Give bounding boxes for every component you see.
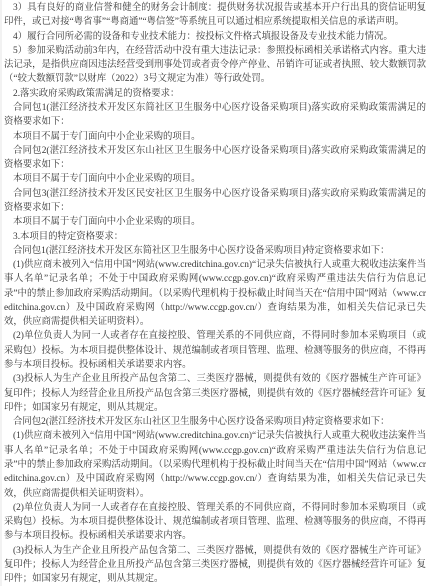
paragraph-package2-specific-1: (1)供应商未被列入“信用中国”网站(www.creditchina.gov.c… <box>4 429 426 500</box>
paragraph-package1-specific-1: (1)供应商未被列入“信用中国”网站(www.creditchina.gov.c… <box>4 258 426 329</box>
paragraph-package2-policy: 合同包2(湛江经济技术开发区东山社区卫生服务中心医疗设备采购项目)落实政府采购政… <box>4 144 426 173</box>
section-heading-policy-requirements: 2.落实政府采购政策需满足的资格要求： <box>4 87 426 101</box>
paragraph-qualification-3: 3）具有良好的商业信誉和健全的财务会计制度：提供财务状况报告或基本开户行出具的资… <box>4 1 426 30</box>
document-page: 3）具有良好的商业信誉和健全的财务会计制度：提供财务状况报告或基本开户行出具的资… <box>0 0 432 586</box>
section-heading-specific-requirements: 3.本项目的特定资格要求： <box>4 230 426 244</box>
paragraph-package1-policy: 合同包1(湛江经济技术开发区东简社区卫生服务中心医疗设备采购项目)落实政府采购政… <box>4 101 426 130</box>
paragraph-package2-specific-2: (2)单位负责人为同一人或者存在直接控股、管理关系的不同供应商，不得同时参加本采… <box>4 501 426 544</box>
paragraph-package1-policy-note: 本项目不属于专门面向中小企业采购的项目。 <box>4 130 426 144</box>
paragraph-qualification-4: 4）履行合同所必需的设备和专业技术能力：按投标文件格式填报设备及专业技术能力情况… <box>4 30 426 44</box>
paragraph-package2-policy-note: 本项目不属于专门面向中小企业采购的项目。 <box>4 172 426 186</box>
paragraph-package2-specific-heading: 合同包2(湛江经济技术开发区东山社区卫生服务中心医疗设备采购项目)特定资格要求如… <box>4 415 426 429</box>
paragraph-package1-specific-2: (2)单位负责人为同一人或者存在直接控股、管理关系的不同供应商，不得同时参加本采… <box>4 329 426 372</box>
paragraph-package1-specific-heading: 合同包1(湛江经济技术开发区东简社区卫生服务中心医疗设备采购项目)特定资格要求如… <box>4 244 426 258</box>
page-left-edge <box>0 0 2 586</box>
paragraph-package3-policy-note: 本项目不属于专门面向中小企业采购的项目。 <box>4 215 426 229</box>
paragraph-package1-specific-3: (3)投标人为生产企业且所投产品包含第二、三类医疗器械，则提供有效的《医疗器械生… <box>4 372 426 415</box>
paragraph-qualification-5: 5）参加采购活动前3年内，在经营活动中没有重大违法记录：参照投标函相关承诺格式内… <box>4 44 426 87</box>
paragraph-package3-policy: 合同包3(湛江经济技术开发区民安社区卫生服务中心医疗设备采购项目)落实政府采购政… <box>4 187 426 216</box>
paragraph-package2-specific-3: (3)投标人为生产企业且所投产品包含第二、三类医疗器械，则提供有效的《医疗器械生… <box>4 544 426 586</box>
